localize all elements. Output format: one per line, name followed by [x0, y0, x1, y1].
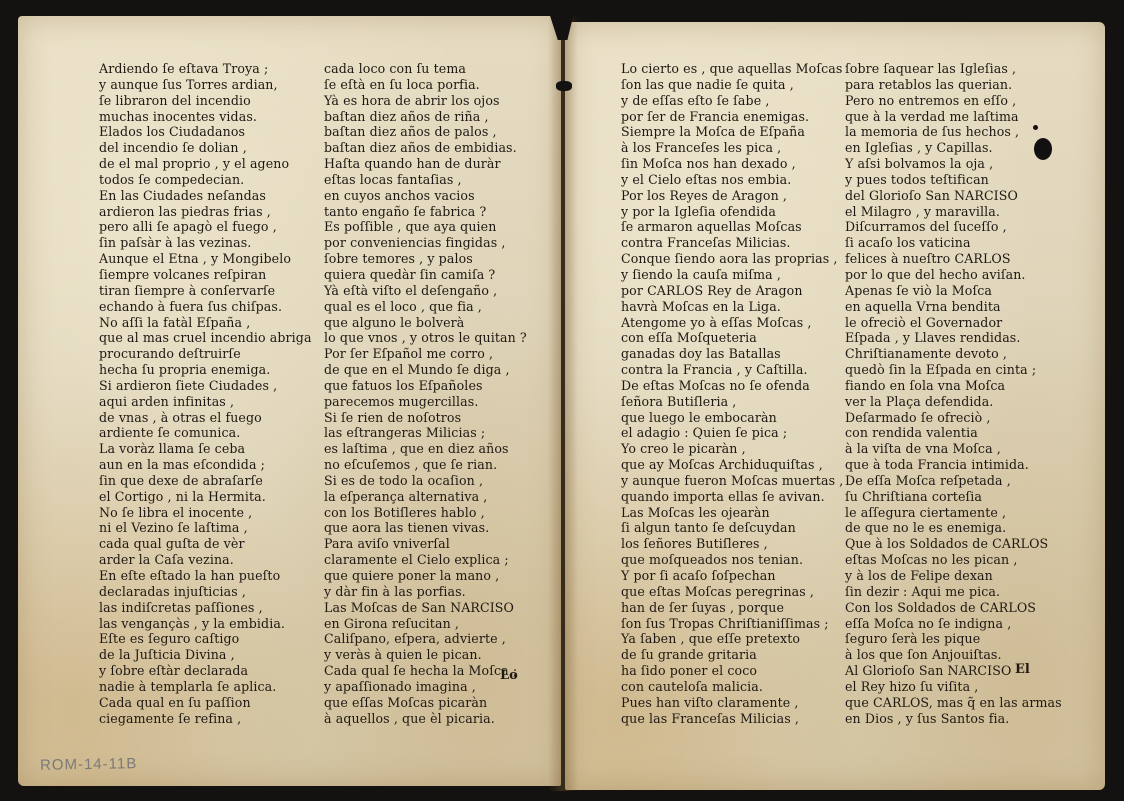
verse-line: Caliſpano, eſpera, advierte ,	[324, 631, 539, 647]
verse-line: Ardiendo ſe eſtava Troya ;	[99, 61, 304, 77]
left-page-column-1: Ardiendo ſe eſtava Troya ;y aunque ſus T…	[99, 61, 304, 726]
verse-line: que moſqueados nos tenian.	[621, 552, 831, 568]
verse-line: baſtan diez años de palos ,	[324, 124, 539, 140]
verse-line: ſin dezir : Aqui me pica.	[845, 584, 1055, 600]
verse-line: Si ſe rien de noſotros	[324, 410, 539, 426]
verse-line: nadie à templarla ſe aplica.	[99, 679, 304, 695]
verse-line: à la viſta de vna Moſca ,	[845, 441, 1055, 457]
verse-line: con eſſa Moſqueteria	[621, 330, 831, 346]
verse-line: Yo creo le picaràn ,	[621, 441, 831, 457]
verse-line: y por la Igleſia ofendida	[621, 204, 831, 220]
verse-line: tanto engaño ſe fabrica ?	[324, 204, 539, 220]
verse-line: de que en el Mundo ſe diga ,	[324, 362, 539, 378]
verse-line: De eſtas Moſcas no ſe ofenda	[621, 378, 831, 394]
verse-line: ardieron las piedras frias ,	[99, 204, 304, 220]
verse-line: baſtan diez años de embidias.	[324, 140, 539, 156]
verse-line: Por los Reyes de Aragon ,	[621, 188, 831, 204]
left-page-catchword: Lo	[500, 668, 518, 683]
verse-line: todos ſe compedecian.	[99, 172, 304, 188]
verse-line: Siempre la Moſca de Eſpaña	[621, 124, 831, 140]
right-page-column-1: Lo cierto es , que aquellas Moſcasſon la…	[621, 61, 831, 726]
verse-line: Yà eſtà viſto el deſengaño ,	[324, 283, 539, 299]
verse-line: havrà Moſcas en la Liga.	[621, 299, 831, 315]
verse-line: que al mas cruel incendio abriga	[99, 330, 304, 346]
verse-line: le aſſegura ciertamente ,	[845, 505, 1055, 521]
verse-line: de vnas , à otras el fuego	[99, 410, 304, 426]
verse-line: Si es de todo la ocaſion ,	[324, 473, 539, 489]
verse-line: De eſſa Moſca reſpetada ,	[845, 473, 1055, 489]
verse-line: Aunque el Etna , y Mongibelo	[99, 251, 304, 267]
verse-line: à aquellos , que èl picaria.	[324, 711, 539, 727]
verse-line: el adagio : Quien ſe pica ;	[621, 425, 831, 441]
verse-line: à los Franceſes les pica ,	[621, 140, 831, 156]
verse-line: Por ſer Eſpañol me corro ,	[324, 346, 539, 362]
verse-line: muchas inocentes vidas.	[99, 109, 304, 125]
verse-line: y ſiendo la cauſa miſma ,	[621, 267, 831, 283]
verse-line: Cada qual en ſu paſſion	[99, 695, 304, 711]
verse-line: en Girona reſucitan ,	[324, 616, 539, 632]
verse-line: ganadas doy las Batallas	[621, 346, 831, 362]
verse-line: felices à nueſtro CARLOS	[845, 251, 1055, 267]
verse-line: Si ardieron ſiete Ciudades ,	[99, 378, 304, 394]
verse-line: aun en la mas eſcondida ;	[99, 457, 304, 473]
verse-line: que ay Moſcas Archiduquiſtas ,	[621, 457, 831, 473]
verse-line: Las Moſcas les ojearàn	[621, 505, 831, 521]
verse-line: Que à los Soldados de CARLOS	[845, 536, 1055, 552]
verse-line: ſi algun tanto ſe deſcuydan	[621, 520, 831, 536]
verse-line: por conveniencias fingidas ,	[324, 235, 539, 251]
verse-line: claramente el Cielo explica ;	[324, 552, 539, 568]
verse-line: por ſer de Francia enemigas.	[621, 109, 831, 125]
verse-line: tiran ſiempre à conſervarſe	[99, 283, 304, 299]
verse-line: No ſe libra el inocente ,	[99, 505, 304, 521]
gutter-hole	[556, 81, 572, 91]
verse-line: le ofreciò el Governador	[845, 315, 1055, 331]
verse-line: parecemos mugercillas.	[324, 394, 539, 410]
verse-line: ſeñora Butiſleria ,	[621, 394, 831, 410]
verse-line: ſin Moſca nos han dexado ,	[621, 156, 831, 172]
verse-line: y de eſſas eſto ſe ſabe ,	[621, 93, 831, 109]
verse-line: y ſobre eſtàr declarada	[99, 663, 304, 679]
verse-line: en Dios , y ſus Santos fia.	[845, 711, 1055, 727]
verse-line: ſe libraron del incendio	[99, 93, 304, 109]
verse-line: ſe armaron aquellas Moſcas	[621, 219, 831, 235]
verse-line: y el Cielo eſtas nos embia.	[621, 172, 831, 188]
verse-line: declaradas injuſticias ,	[99, 584, 304, 600]
verse-line: que aora las tienen vivas.	[324, 520, 539, 536]
verse-line: con cauteloſa malicia.	[621, 679, 831, 695]
verse-line: ſon ſus Tropas Chriſtianiſſimas ;	[621, 616, 831, 632]
verse-line: Diſcurramos del ſuceſſo ,	[845, 219, 1055, 235]
verse-line: ſin que dexe de abraſarſe	[99, 473, 304, 489]
verse-line: del incendio ſe dolian ,	[99, 140, 304, 156]
verse-line: ſon las que nadie ſe quita ,	[621, 77, 831, 93]
verse-line: que las Franceſas Milicias ,	[621, 711, 831, 727]
left-page-column-2: cada loco con ſu temaſe eſtà en ſu loca …	[324, 61, 539, 726]
verse-line: quedò ſin la Eſpada en cinta ;	[845, 362, 1055, 378]
shelfmark-stamp: ROM-14-11B	[40, 755, 138, 774]
verse-line: ſeguro ſerà les pique	[845, 631, 1055, 647]
binding-gutter	[548, 16, 578, 791]
verse-line: y aunque fueron Moſcas muertas ,	[621, 473, 831, 489]
verse-line: que fatuos los Eſpañoles	[324, 378, 539, 394]
verse-line: que eſtas Moſcas peregrinas ,	[621, 584, 831, 600]
verse-line: quando importa ellas ſe avivan.	[621, 489, 831, 505]
verse-line: Haſta quando han de duràr	[324, 156, 539, 172]
verse-line: Para aviſo vniverſal	[324, 536, 539, 552]
verse-line: que eſſas Moſcas picaràn	[324, 695, 539, 711]
verse-line: Chriſtianamente devoto ,	[845, 346, 1055, 362]
verse-line: de que no le es enemiga.	[845, 520, 1055, 536]
verse-line: ver la Plaça defendida.	[845, 394, 1055, 410]
verse-line: que à toda Francia intimida.	[845, 457, 1055, 473]
verse-line: ſi acaſo los vaticina	[845, 235, 1055, 251]
verse-line: Apenas ſe viò la Moſca	[845, 283, 1055, 299]
verse-line: por CARLOS Rey de Aragon	[621, 283, 831, 299]
verse-line: La voràz llama ſe ceba	[99, 441, 304, 457]
verse-line: ni el Vezino ſe laſtima ,	[99, 520, 304, 536]
verse-line: el Rey hizo ſu viſita ,	[845, 679, 1055, 695]
right-page-catchword: El	[1015, 662, 1030, 677]
verse-line: que quiere poner la mano ,	[324, 568, 539, 584]
verse-line: la memoria de ſus hechos ,	[845, 124, 1055, 140]
verse-line: quiera quedàr ſin camiſa ?	[324, 267, 539, 283]
verse-line: ſe eſtà en ſu loca porfia.	[324, 77, 539, 93]
verse-line: de el mal proprio , y el ageno	[99, 156, 304, 172]
right-page-column-2: ſobre ſaquear las Igleſias ,para retablo…	[845, 61, 1055, 726]
verse-line: Conque ſiendo aora las proprias ,	[621, 251, 831, 267]
verse-line: el Cortigo , ni la Hermita.	[99, 489, 304, 505]
verse-line: ſobre ſaquear las Igleſias ,	[845, 61, 1055, 77]
verse-line: Las Moſcas de San NARCISO	[324, 600, 539, 616]
verse-line: eſtas Moſcas no les pican ,	[845, 552, 1055, 568]
verse-line: ſin paſsàr à las vezinas.	[99, 235, 304, 251]
verse-line: No aſſi la fatàl Eſpaña ,	[99, 315, 304, 331]
verse-line: han de ſer ſuyas , porque	[621, 600, 831, 616]
verse-line: y à los de Felipe dexan	[845, 568, 1055, 584]
verse-line: ciegamente ſe refina ,	[99, 711, 304, 727]
verse-line: en aquella Vrna bendita	[845, 299, 1055, 315]
verse-line: cada qual guſta de vèr	[99, 536, 304, 552]
verse-line: echando à fuera ſus chiſpas.	[99, 299, 304, 315]
verse-line: ſiempre volcanes reſpiran	[99, 267, 304, 283]
verse-line: en Igleſias , y Capillas.	[845, 140, 1055, 156]
verse-line: que alguno le bolverà	[324, 315, 539, 331]
verse-line: pero alli ſe apagò el fuego ,	[99, 219, 304, 235]
verse-line: arder la Caſa vezina.	[99, 552, 304, 568]
verse-line: Lo cierto es , que aquellas Moſcas	[621, 61, 831, 77]
verse-line: para retablos las querian.	[845, 77, 1055, 93]
verse-line: Y por ſi acaſo ſoſpechan	[621, 568, 831, 584]
verse-line: en cuyos anchos vacios	[324, 188, 539, 204]
verse-line: En eſte eſtado la han pueſto	[99, 568, 304, 584]
verse-line: ardiente ſe comunica.	[99, 425, 304, 441]
verse-line: Elados los Ciudadanos	[99, 124, 304, 140]
verse-line: Con los Soldados de CARLOS	[845, 600, 1055, 616]
verse-line: y veràs à quien le pican.	[324, 647, 539, 663]
verse-line: por lo que del hecho aviſan.	[845, 267, 1055, 283]
verse-line: los ſeñores Butiſleres ,	[621, 536, 831, 552]
verse-line: el Milagro , y maravilla.	[845, 204, 1055, 220]
verse-line: y dàr fin à las porfias.	[324, 584, 539, 600]
verse-line: baſtan diez años de riña ,	[324, 109, 539, 125]
verse-line: Pero no entremos en eſſo ,	[845, 93, 1055, 109]
verse-line: qual es el loco , que fia ,	[324, 299, 539, 315]
verse-line: las vengançàs , y la embidia.	[99, 616, 304, 632]
verse-line: contra la Francia , y Caſtilla.	[621, 362, 831, 378]
verse-line: Eſte es ſeguro caſtigo	[99, 631, 304, 647]
verse-line: que luego le embocaràn	[621, 410, 831, 426]
verse-line: En las Ciudades neſandas	[99, 188, 304, 204]
verse-line: con rendida valentia	[845, 425, 1055, 441]
verse-line: que CARLOS, mas q̃ en las armas	[845, 695, 1055, 711]
verse-line: ha ſido poner el coco	[621, 663, 831, 679]
verse-line: contra Franceſas Milicias.	[621, 235, 831, 251]
verse-line: Yà es hora de abrir los ojos	[324, 93, 539, 109]
verse-line: Ya ſaben , que eſſe pretexto	[621, 631, 831, 647]
verse-line: Y aſsi bolvamos la oja ,	[845, 156, 1055, 172]
verse-line: fiando en ſola vna Moſca	[845, 378, 1055, 394]
verse-line: ſu Chriſtiana corteſia	[845, 489, 1055, 505]
verse-line: no eſcuſemos , que ſe rian.	[324, 457, 539, 473]
verse-line: ſobre temores , y palos	[324, 251, 539, 267]
verse-line: las indiſcretas paſſiones ,	[99, 600, 304, 616]
verse-line: de ſu grande gritaria	[621, 647, 831, 663]
verse-line: à los que ſon Anjouiſtas.	[845, 647, 1055, 663]
verse-line: Deſarmado ſe ofreciò ,	[845, 410, 1055, 426]
verse-line: de la Juſticia Divina ,	[99, 647, 304, 663]
verse-line: es laſtima , que en diez años	[324, 441, 539, 457]
verse-line: Eſpada , y Llaves rendidas.	[845, 330, 1055, 346]
verse-line: del Glorioſo San NARCISO	[845, 188, 1055, 204]
verse-line: Es poſſible , que aya quien	[324, 219, 539, 235]
verse-line: cada loco con ſu tema	[324, 61, 539, 77]
verse-line: eſſa Moſca no ſe indigna ,	[845, 616, 1055, 632]
verse-line: y pues todos teſtifican	[845, 172, 1055, 188]
verse-line: aqui arden infinitas ,	[99, 394, 304, 410]
verse-line: eſtas locas fantaſias ,	[324, 172, 539, 188]
verse-line: procurando deſtruirſe	[99, 346, 304, 362]
verse-line: la eſperança alternativa ,	[324, 489, 539, 505]
verse-line: hecha ſu propria enemiga.	[99, 362, 304, 378]
verse-line: Atengome yo à eſſas Moſcas ,	[621, 315, 831, 331]
verse-line: las eſtrangeras Milicias ;	[324, 425, 539, 441]
verse-line: con los Botiſleres hablo ,	[324, 505, 539, 521]
verse-line: y aunque ſus Torres ardian,	[99, 77, 304, 93]
verse-line: que à la verdad me laſtima	[845, 109, 1055, 125]
verse-line: lo que vnos , y otros le quitan ?	[324, 330, 539, 346]
verse-line: Pues han viſto claramente ,	[621, 695, 831, 711]
